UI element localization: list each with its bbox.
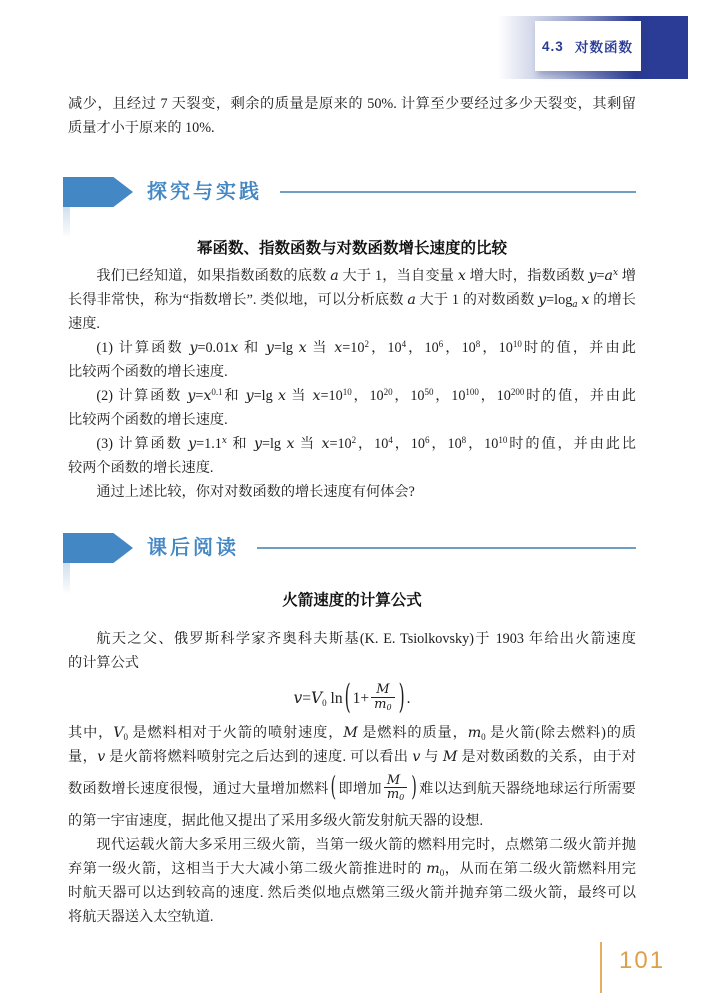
text-line: 的第一宇宙速度，据此他又提出了采用多级火箭发射航天器的设想. — [68, 809, 636, 833]
paragraph-question-2: (2) 计算函数 y=x0.1和 y=lg x 当 x=1010，1020，10… — [68, 384, 636, 432]
paragraph-known: 我们已经知道，如果指数函数的底数 a 大于 1，当自变量 x 增大时，指数函数 … — [68, 264, 636, 336]
section-banner-reading: 课后阅读 — [68, 532, 636, 564]
text-line: 弃第一级火箭，这相当于大大减小第二级火箭推进时的 m0，从而在第二级火箭燃料用完 — [68, 857, 636, 881]
textbook-page: 4.3 对数函数 减少，且经过 7 天裂变，剩余的质量是原来的 50%. 计算至… — [0, 0, 702, 993]
text-line: (3) 计算函数 y=1.1x 和 y=lg x 当 x=102，104，106… — [68, 432, 636, 456]
text-line: 质量才小于原来的 10%. — [68, 116, 636, 140]
paragraph-question-3: (3) 计算函数 y=1.1x 和 y=lg x 当 x=102，104，106… — [68, 432, 636, 480]
text-line: 速度. — [68, 312, 636, 336]
text-line: 我们已经知道，如果指数函数的底数 a 大于 1，当自变量 x 增大时，指数函数 … — [68, 264, 636, 288]
text-line: 比较两个函数的增长速度. — [68, 408, 636, 432]
banner-rule — [257, 547, 636, 549]
text-line: 通过上述比较，你对对数函数的增长速度有何体会? — [68, 480, 636, 504]
banner-rule — [280, 191, 636, 193]
text-line: 其中，V0 是燃料相对于火箭的喷射速度，M 是燃料的质量，m0 是火箭(除去燃料… — [68, 721, 636, 745]
text-line: 数函数增长速度很慢，通过大量增加燃料(即增加Mm0)难以达到航天器绕地球运行所需… — [68, 769, 636, 809]
text-line: 的计算公式 — [68, 651, 636, 675]
article-title-rocket: 火箭速度的计算公式 — [68, 590, 636, 612]
paragraph-question-summary: 通过上述比较，你对对数函数的增长速度有何体会? — [68, 480, 636, 504]
paragraph-tsiolkovsky: 航天之父、俄罗斯科学家齐奥科夫斯基(K. E. Tsiolkovsky)于 19… — [68, 627, 636, 675]
text-line: 量，v 是火箭将燃料喷射完之后达到的速度. 可以看出 v 与 M 是对数函数的关… — [68, 745, 636, 769]
text-line: 比较两个函数的增长速度. — [68, 360, 636, 384]
banner-title: 探究与实践 — [147, 180, 262, 204]
text-line: 现代运载火箭大多采用三级火箭，当第一级火箭的燃料用完时，点燃第二级火箭并抛 — [68, 833, 636, 857]
text-line: 长得非常快，称为“指数增长”. 类似地，可以分析底数 a 大于 1 的对数函数 … — [68, 288, 636, 312]
text-line: 减少，且经过 7 天裂变，剩余的质量是原来的 50%. 计算至少要经过多少天裂变… — [68, 92, 636, 116]
text-line: 较两个函数的增长速度. — [68, 456, 636, 480]
page-number-rule — [600, 942, 602, 993]
paragraph-modern-rockets: 现代运载火箭大多采用三级火箭，当第一级火箭的燃料用完时，点燃第二级火箭并抛弃第一… — [68, 833, 636, 929]
paragraph-variable-definitions: 其中，V0 是燃料相对于火箭的喷射速度，M 是燃料的质量，m0 是火箭(除去燃料… — [68, 721, 636, 833]
text-line: v=V0 ln(1+Mm0). — [68, 678, 636, 719]
text-line: (1) 计算函数 y=0.01x 和 y=lg x 当 x=102，104，10… — [68, 336, 636, 360]
page-content: 减少，且经过 7 天裂变，剩余的质量是原来的 50%. 计算至少要经过多少天裂变… — [68, 0, 636, 929]
page-number: 101 — [619, 947, 665, 975]
banner-arrow-icon — [63, 177, 133, 207]
text-line: 航天之父、俄罗斯科学家齐奥科夫斯基(K. E. Tsiolkovsky)于 19… — [68, 627, 636, 651]
paragraph-question-1: (1) 计算函数 y=0.01x 和 y=lg x 当 x=102，104，10… — [68, 336, 636, 384]
section-banner-explore: 探究与实践 — [68, 176, 636, 208]
article-title-comparison: 幂函数、指数函数与对数函数增长速度的比较 — [68, 238, 636, 260]
intro-paragraph: 减少，且经过 7 天裂变，剩余的质量是原来的 50%. 计算至少要经过多少天裂变… — [68, 92, 636, 140]
text-line: 将航天器送入太空轨道. — [68, 905, 636, 929]
banner-title: 课后阅读 — [147, 536, 239, 560]
text-line: (2) 计算函数 y=x0.1和 y=lg x 当 x=1010，1020，10… — [68, 384, 636, 408]
rocket-velocity-formula: v=V0 ln(1+Mm0). — [68, 678, 636, 719]
banner-arrow-icon — [63, 533, 133, 563]
text-line: 时航天器可以达到较高的速度. 然后类似地点燃第三级火箭并抛弃第二级火箭，最终可以 — [68, 881, 636, 905]
